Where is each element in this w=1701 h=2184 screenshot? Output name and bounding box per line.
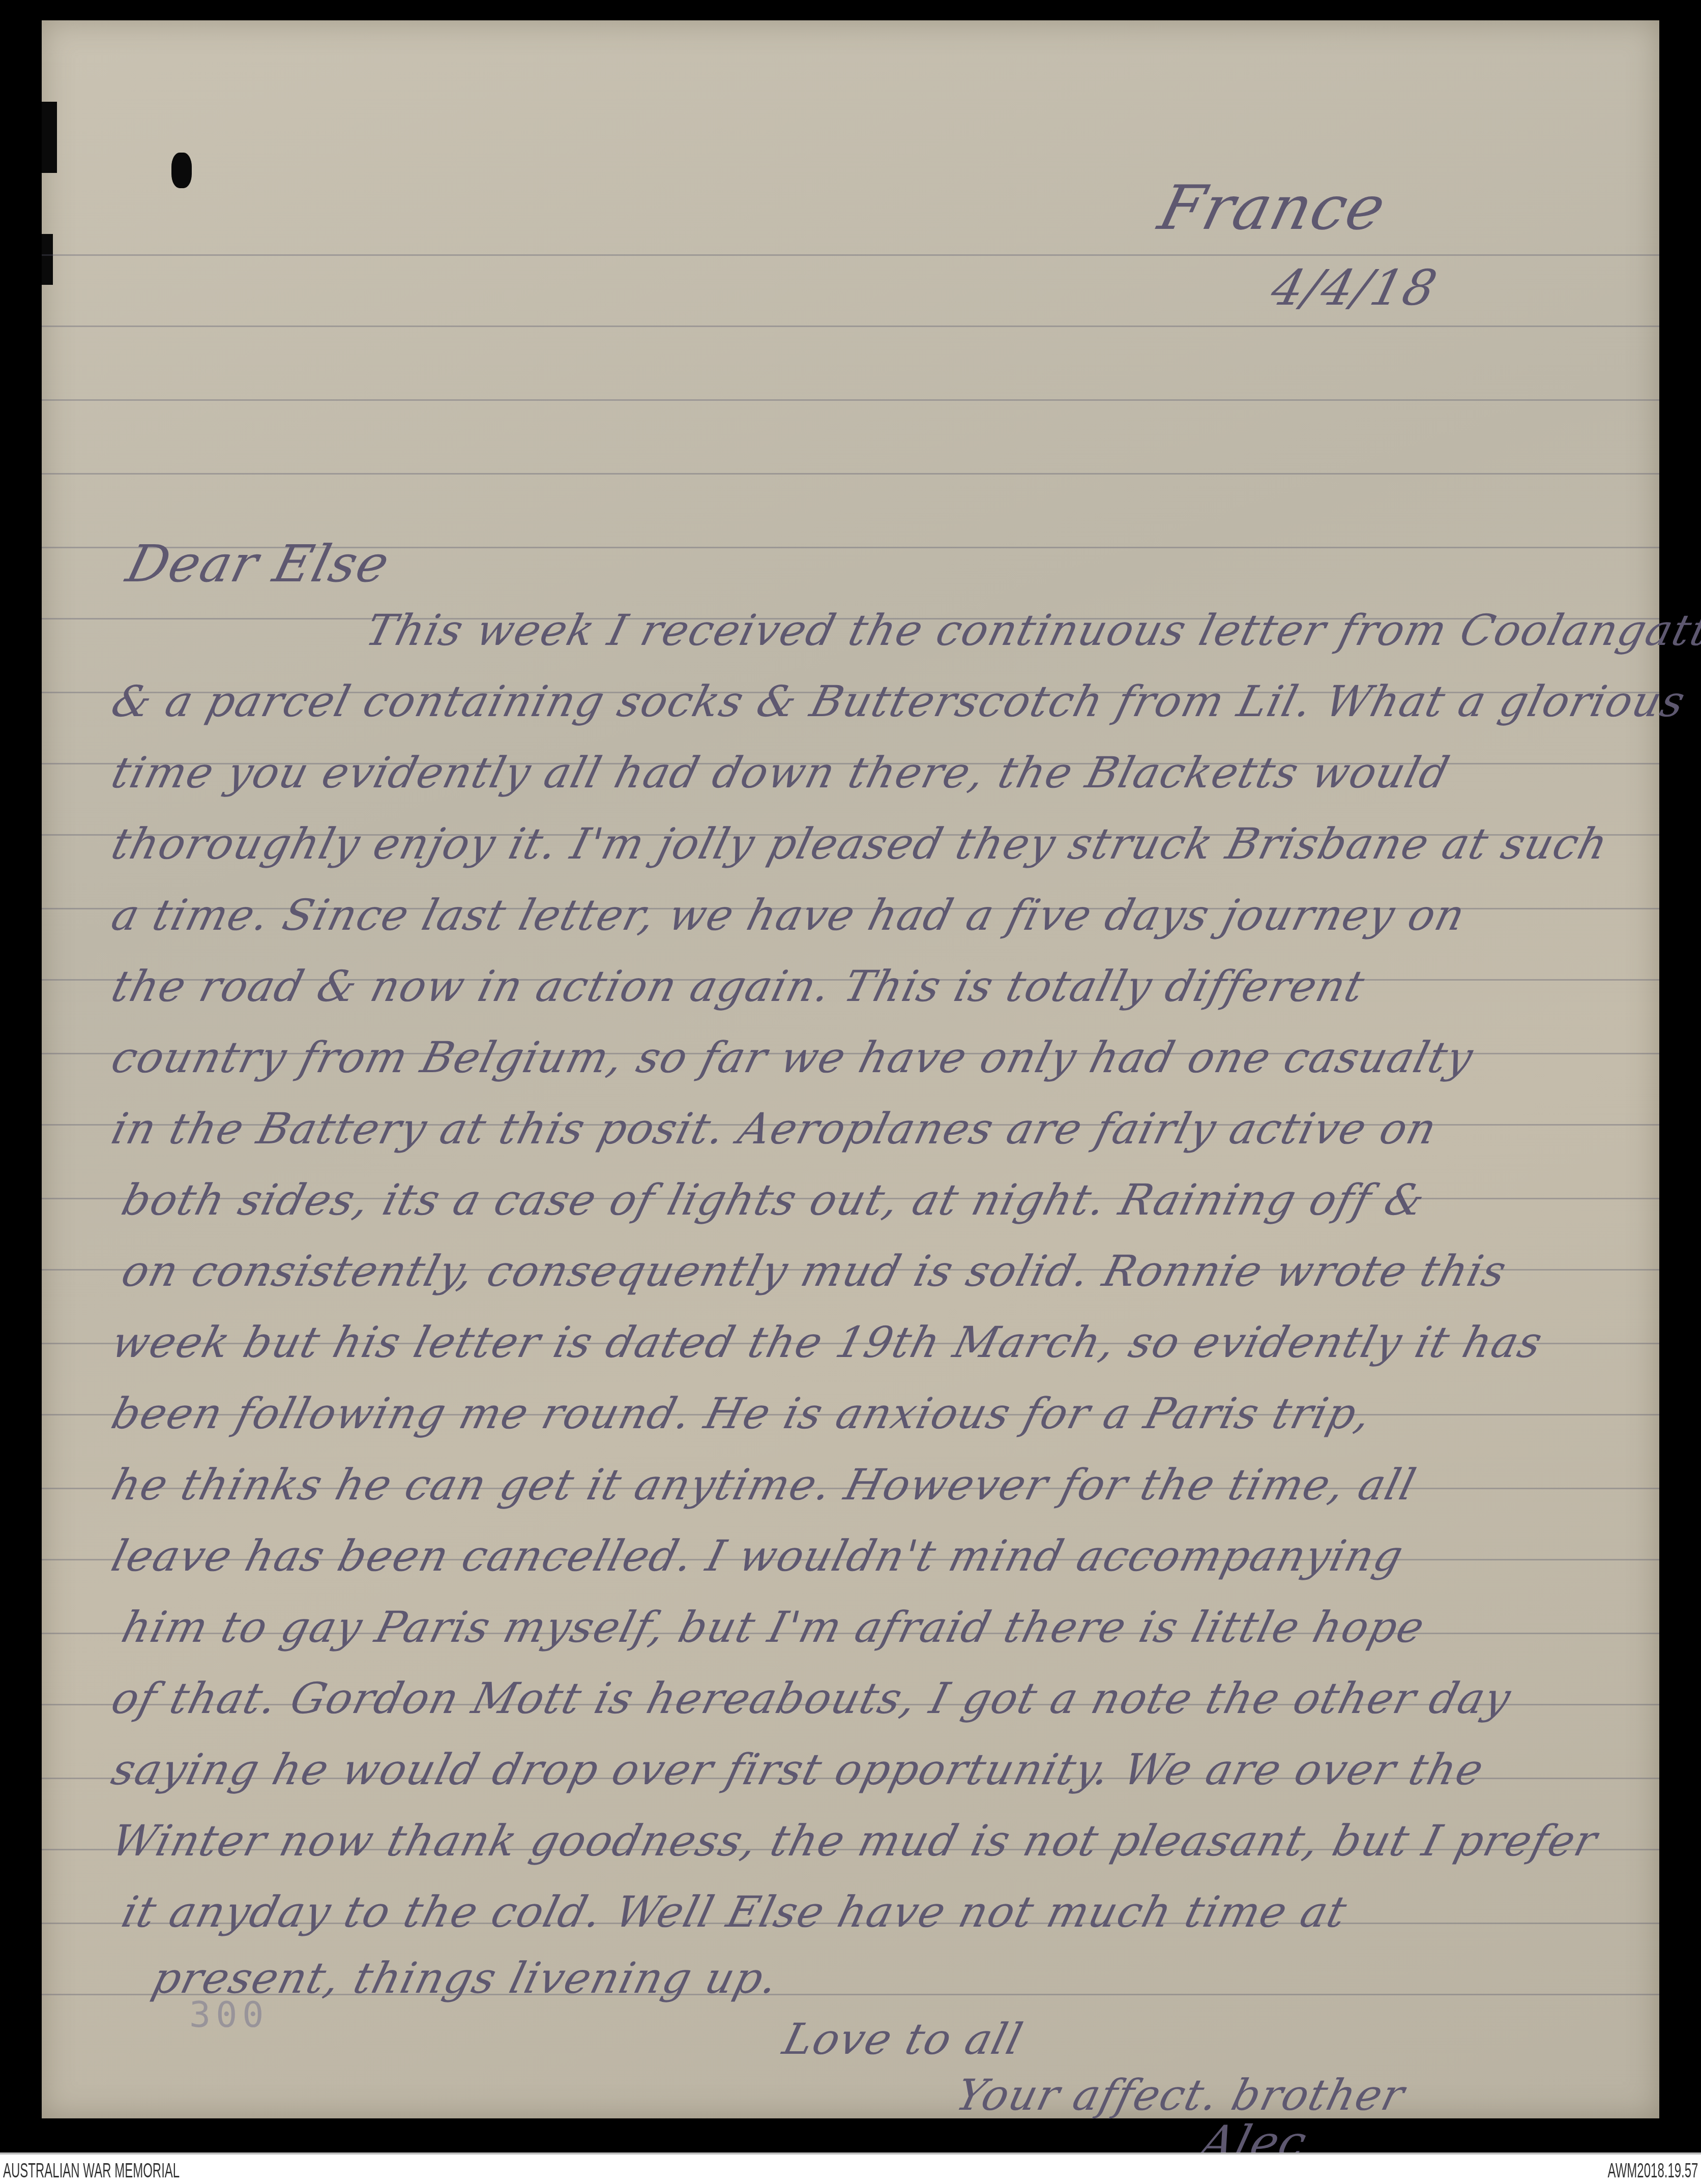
paper-hole xyxy=(171,153,192,188)
body-line: Winter now thank goodness, the mud is no… xyxy=(107,1816,1603,1866)
body-line: in the Battery at this posit. Aeroplanes… xyxy=(107,1104,1443,1154)
institution-label: AUSTRALIAN WAR MEMORIAL xyxy=(3,2160,180,2182)
signoff: Your affect. brother xyxy=(951,2070,1411,2120)
body-line: of that. Gordon Mott is hereabouts, I go… xyxy=(107,1673,1517,1723)
letter-page: France 4/4/18 Dear Else This week I rece… xyxy=(42,20,1659,2118)
body-line: on consistently, consequently mud is sol… xyxy=(117,1246,1512,1296)
body-line: him to gay Paris myself, but I'm afraid … xyxy=(117,1602,1430,1652)
body-line: This week I received the continuous lett… xyxy=(361,605,1701,655)
accession-number: AWM2018.19.57 xyxy=(1607,2160,1698,2182)
body-line: & a parcel containing socks & Butterscot… xyxy=(107,676,1691,726)
body-line: the road & now in action again. This is … xyxy=(107,961,1370,1011)
ruled-line xyxy=(42,399,1659,401)
ruled-line xyxy=(42,473,1659,475)
letter-place: France xyxy=(1152,173,1393,244)
ink-stamp: 300 xyxy=(189,1994,269,2035)
archive-footer: AUSTRALIAN WAR MEMORIAL AWM2018.19.57 xyxy=(0,2152,1701,2184)
salutation: Dear Else xyxy=(121,534,396,594)
body-line: week but his letter is dated the 19th Ma… xyxy=(107,1317,1548,1367)
body-line: been following me round. He is anxious f… xyxy=(107,1389,1377,1438)
letter-date: 4/4/18 xyxy=(1266,259,1443,316)
body-line: country from Belgium, so far we have onl… xyxy=(107,1032,1479,1082)
body-line: both sides, its a case of lights out, at… xyxy=(117,1175,1431,1225)
ruled-line xyxy=(42,254,1659,256)
closing: Love to all xyxy=(778,2014,1028,2064)
body-line: a time. Since last letter, we have had a… xyxy=(107,890,1471,940)
paper-tear xyxy=(42,234,53,285)
body-line: saying he would drop over first opportun… xyxy=(107,1745,1489,1794)
body-line: it anyday to the cold. Well Else have no… xyxy=(117,1887,1353,1937)
body-line: leave has been cancelled. I wouldn't min… xyxy=(107,1531,1409,1581)
body-line: time you evidently all had down there, t… xyxy=(107,748,1455,798)
ruled-line xyxy=(42,326,1659,327)
paper-tear xyxy=(42,102,57,173)
body-line: he thinks he can get it anytime. However… xyxy=(107,1460,1422,1510)
body-line: thoroughly enjoy it. I'm jolly pleased t… xyxy=(107,819,1614,869)
